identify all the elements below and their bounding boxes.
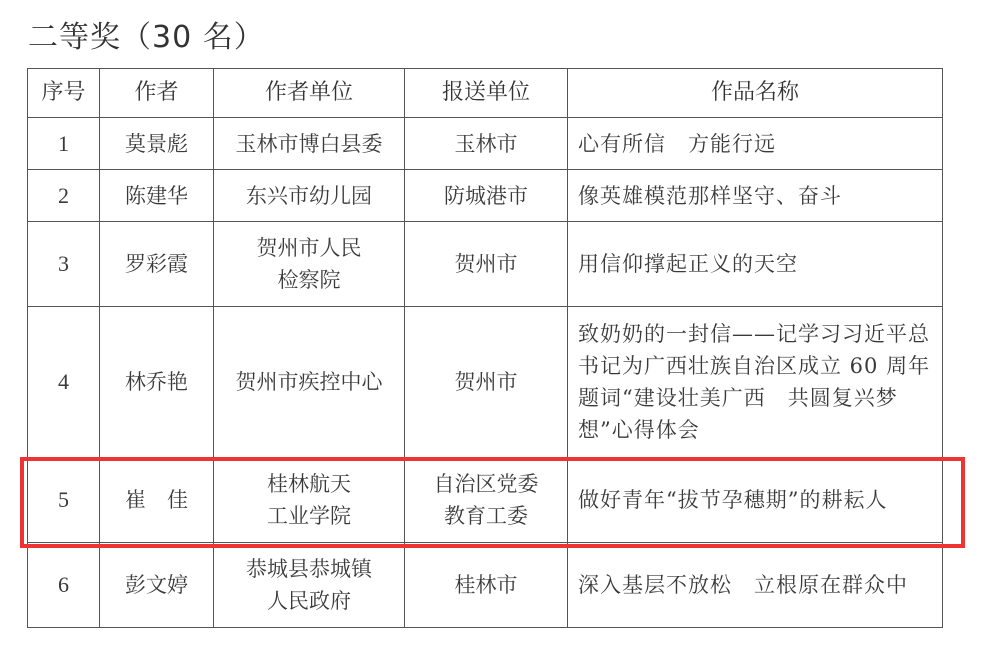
cell-author: 陈建华 [100, 170, 214, 222]
cell-number: 4 [28, 307, 100, 458]
cell-submitting-unit: 防城港市 [405, 170, 568, 222]
unit-line: 恭城县恭城镇 [214, 553, 404, 585]
submitter-line: 玉林市 [405, 128, 567, 160]
unit-line: 贺州市疾控中心 [214, 366, 404, 398]
cell-number: 5 [28, 458, 100, 543]
cell-author-unit: 玉林市博白县委 [214, 118, 405, 170]
header-author-unit: 作者单位 [214, 69, 405, 118]
cell-submitting-unit: 贺州市 [405, 307, 568, 458]
unit-line: 检察院 [214, 264, 404, 296]
cell-author: 崔 佳 [100, 458, 214, 543]
unit-line: 东兴市幼儿园 [214, 180, 404, 212]
header-work-title: 作品名称 [568, 69, 943, 118]
cell-submitting-unit: 贺州市 [405, 222, 568, 307]
cell-submitting-unit: 自治区党委 教育工委 [405, 458, 568, 543]
submitter-line: 桂林市 [405, 569, 567, 601]
table-row: 6 彭文婷 恭城县恭城镇 人民政府 桂林市 深入基层不放松 立根原在群众中 [28, 543, 943, 628]
cell-submitting-unit: 玉林市 [405, 118, 568, 170]
cell-author: 林乔艳 [100, 307, 214, 458]
header-author: 作者 [100, 69, 214, 118]
cell-number: 3 [28, 222, 100, 307]
submitter-line: 贺州市 [405, 248, 567, 280]
table-row: 1 莫景彪 玉林市博白县委 玉林市 心有所信 方能行远 [28, 118, 943, 170]
header-submitting-unit: 报送单位 [405, 69, 568, 118]
cell-number: 6 [28, 543, 100, 628]
awards-table: 序号 作者 作者单位 报送单位 作品名称 1 莫景彪 玉林市博白县委 玉林市 心… [27, 68, 943, 628]
cell-author: 莫景彪 [100, 118, 214, 170]
cell-author-unit: 贺州市人民 检察院 [214, 222, 405, 307]
table-row-highlighted: 5 崔 佳 桂林航天 工业学院 自治区党委 教育工委 做好青年“拔节孕穗期”的耕… [28, 458, 943, 543]
page-heading: 二等奖（30 名） [28, 12, 265, 56]
table-row: 2 陈建华 东兴市幼儿园 防城港市 像英雄模范那样坚守、奋斗 [28, 170, 943, 222]
unit-line: 玉林市博白县委 [214, 128, 404, 160]
table-header-row: 序号 作者 作者单位 报送单位 作品名称 [28, 69, 943, 118]
table-row: 4 林乔艳 贺州市疾控中心 贺州市 致奶奶的一封信——记学习习近平总书记为广西壮… [28, 307, 943, 458]
table-row: 3 罗彩霞 贺州市人民 检察院 贺州市 用信仰撑起正义的天空 [28, 222, 943, 307]
submitter-line: 防城港市 [405, 180, 567, 212]
cell-work-title: 做好青年“拔节孕穗期”的耕耘人 [568, 458, 943, 543]
cell-author-unit: 桂林航天 工业学院 [214, 458, 405, 543]
cell-work-title: 深入基层不放松 立根原在群众中 [568, 543, 943, 628]
submitter-line: 贺州市 [405, 366, 567, 398]
cell-author-unit: 贺州市疾控中心 [214, 307, 405, 458]
cell-author: 彭文婷 [100, 543, 214, 628]
unit-line: 工业学院 [214, 500, 404, 532]
cell-work-title: 致奶奶的一封信——记学习习近平总书记为广西壮族自治区成立 60 周年题词“建设壮… [568, 307, 943, 458]
cell-author-unit: 恭城县恭城镇 人民政府 [214, 543, 405, 628]
cell-work-title: 心有所信 方能行远 [568, 118, 943, 170]
cell-author: 罗彩霞 [100, 222, 214, 307]
submitter-line: 自治区党委 [405, 468, 567, 500]
header-number: 序号 [28, 69, 100, 118]
cell-number: 1 [28, 118, 100, 170]
unit-line: 桂林航天 [214, 468, 404, 500]
unit-line: 贺州市人民 [214, 232, 404, 264]
cell-author-unit: 东兴市幼儿园 [214, 170, 405, 222]
cell-work-title: 用信仰撑起正义的天空 [568, 222, 943, 307]
cell-number: 2 [28, 170, 100, 222]
cell-work-title: 像英雄模范那样坚守、奋斗 [568, 170, 943, 222]
unit-line: 人民政府 [214, 585, 404, 617]
submitter-line: 教育工委 [405, 500, 567, 532]
cell-submitting-unit: 桂林市 [405, 543, 568, 628]
